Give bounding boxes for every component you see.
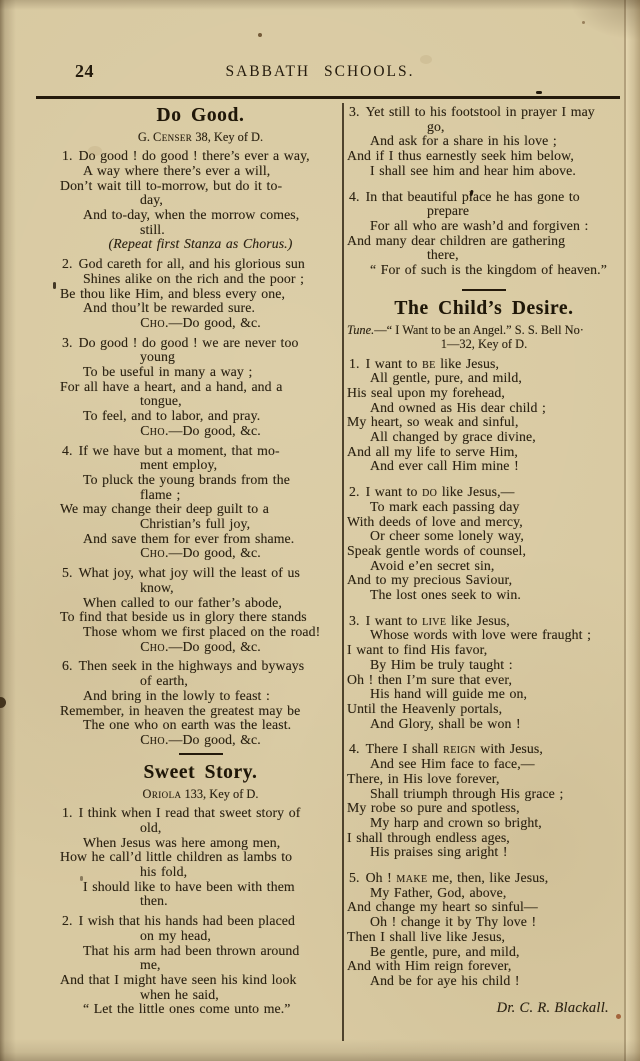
verse-line: of earth, [60,674,341,689]
chorus-line: Cho.—Do good, &c. [60,316,341,331]
verse-line: tongue, [60,394,341,409]
verse-number: 3. [349,614,360,629]
attribution-line: Dr. C. R. Blackall. [347,1000,621,1017]
verse-line: “ For of such is the kingdom of heaven.” [347,263,621,278]
verse-line: And if I thus earnestly seek him below, [347,149,621,164]
song-divider-rule [179,753,223,755]
verse-line: His seal upon my forehead, [347,386,621,401]
verse-line: 5.What joy, what joy will the least of u… [60,566,341,581]
page-number: 24 [75,61,94,82]
verse-line: ment employ, [60,458,341,473]
verse-line: I shall see him and hear him above. [347,164,621,179]
verse-line: Oh ! change it by Thy love ! [347,915,621,930]
ink-speck [582,21,585,24]
verse-line: To find that beside us in glory there st… [60,610,341,625]
verse-line: Christian’s full joy, [60,517,341,532]
verse-line: And to my precious Saviour, [347,573,621,588]
verse-line: 3.Yet still to his footstool in prayer I… [347,105,621,120]
stanza: 4.If we have but a moment, that mo-ment … [60,444,341,562]
stanza: 3.Do good ! do good ! we are never tooyo… [60,336,341,439]
song-title: Do Good. [60,105,341,127]
verse-line: For all who are wash’d and forgiven : [347,219,621,234]
verse-line: Or cheer some lonely way, [347,529,621,544]
verse-line: Speak gentle words of counsel, [347,544,621,559]
stanza: 2.I wish that his hands had been placedo… [60,914,341,1017]
verse-number: 5. [349,871,360,886]
verse-line: 2.I want to do like Jesus,— [347,485,621,500]
tune-line: G. Censer 38, Key of D. [60,130,341,144]
tune-line: Tune.—“ I Want to be an Angel.” S. S. Be… [347,323,621,337]
verse-line: The one who on earth was the least. [60,718,341,733]
verse-line: And Glory, shall be won ! [347,717,621,732]
verse-line: his fold, [60,865,341,880]
stanza: 4.There I shall reign with Jesus,And see… [347,742,621,860]
verse-line: I shall through endless ages, [347,831,621,846]
verse-line: To be useful in many a way ; [60,365,341,380]
verse-line: 4.In that beautiful place he has gone to [347,190,621,205]
verse-line: 3.I want to live like Jesus, [347,614,621,629]
left-column: Do Good.G. Censer 38, Key of D.1.Do good… [60,104,341,1022]
verse-number: 4. [349,190,360,205]
verse-line: And with Him reign forever, [347,959,621,974]
verse-line: me, [60,958,341,973]
verse-line: still. [60,223,341,238]
verse-line: go, [347,120,621,135]
verse-line: My heart, so weak and sinful, [347,415,621,430]
verse-line: With deeds of love and mercy, [347,515,621,530]
verse-line: A way where there’s ever a will, [60,164,341,179]
verse-number: 2. [62,914,73,929]
verse-line: 4.If we have but a moment, that mo- [60,444,341,459]
tune-line: Oriola 133, Key of D. [60,787,341,801]
tune-caption: G. Censer 38, Key of D. [60,130,341,144]
verse-line: All gentle, pure, and mild, [347,371,621,386]
verse-line: And to-day, when the morrow comes, [60,208,341,223]
verse-line: Remember, in heaven the greatest may be [60,704,341,719]
verse-line: His praises sing aright ! [347,845,621,860]
tune-caption: Tune.—“ I Want to be an Angel.” S. S. Be… [347,323,621,351]
ink-speck [536,91,542,94]
verse-line: There, in His love forever, [347,772,621,787]
verse-line: And see Him face to face,— [347,757,621,772]
verse-line: 1.I want to be like Jesus, [347,357,621,372]
verse-line: And save them for ever from shame. [60,532,341,547]
song-title: Sweet Story. [60,762,341,784]
verse-line: When Jesus was here among men, [60,836,341,851]
stanza: 1.Do good ! do good ! there’s ever a way… [60,149,341,252]
verse-line: And many dear children are gathering [347,234,621,249]
verse-line: 4.There I shall reign with Jesus, [347,742,621,757]
verse-line: And all my life to serve Him, [347,445,621,460]
verse-line: 1.Do good ! do good ! there’s ever a way… [60,149,341,164]
verse-number: 6. [62,659,73,674]
verse-line: Don’t wait till to-morrow, but do it to- [60,179,341,194]
running-header-title: SABBATH SCHOOLS. [225,63,414,80]
verse-line: 3.Do good ! do good ! we are never too [60,336,341,351]
verse-line: To feel, and to labor, and pray. [60,409,341,424]
verse-line: Until the Heavenly portals, [347,702,621,717]
verse-line: there, [347,248,621,263]
verse-line: All changed by grace divine, [347,430,621,445]
verse-number: 1. [349,357,360,372]
verse-number: 2. [349,485,360,500]
verse-line: That his arm had been thrown around [60,944,341,959]
header-rule [36,96,620,99]
stanza: 5.Oh ! make me, then, like Jesus,My Fath… [347,871,621,989]
verse-line: Shines alike on the rich and the poor ; [60,272,341,287]
verse-number: 4. [349,742,360,757]
verse-line: For all have a heart, and a hand, and a [60,380,341,395]
stanza: 1.I want to be like Jesus,All gentle, pu… [347,357,621,475]
stanza: 3.Yet still to his footstool in prayer I… [347,105,621,179]
verse-line: prepare [347,204,621,219]
verse-line: 1.I think when I read that sweet story o… [60,806,341,821]
stanza: 6.Then seek in the highways and bywaysof… [60,659,341,747]
verse-number: 3. [62,336,73,351]
verse-line: know, [60,581,341,596]
verse-line: And bring in the lowly to feast : [60,689,341,704]
stanza: 4.In that beautiful place he has gone to… [347,190,621,278]
verse-line: My harp and crown so bright, [347,816,621,831]
verse-line: then. [60,894,341,909]
verse-line: When called to our father’s abode, [60,596,341,611]
chorus-note-line: (Repeat first Stanza as Chorus.) [60,237,341,252]
stanza: 2.I want to do like Jesus,—To mark each … [347,485,621,603]
song-title: The Child’s Desire. [347,298,621,320]
verse-line: To pluck the young brands from the [60,473,341,488]
page-content: Do Good.G. Censer 38, Key of D.1.Do good… [0,104,640,1022]
verse-line: flame ; [60,488,341,503]
verse-line: And owned as His dear child ; [347,401,621,416]
verse-line: I want to find His favor, [347,643,621,658]
page-edge-margin [626,0,640,1061]
verse-line: And ever call Him mine ! [347,459,621,474]
chorus-line: Cho.—Do good, &c. [60,424,341,439]
verse-line: Be thou like Him, and bless every one, [60,287,341,302]
verse-line: Oh ! then I’m sure that ever, [347,673,621,688]
verse-line: My robe so pure and spotless, [347,801,621,816]
verse-line: 2.God careth for all, and his glorious s… [60,257,341,272]
verse-line: And that I might have seen his kind look [60,973,341,988]
verse-line: His hand will guide me on, [347,687,621,702]
page-header: 24 SABBATH SCHOOLS. [0,63,640,81]
ink-speck [258,33,262,37]
stanza: 3.I want to live like Jesus,Whose words … [347,614,621,732]
verse-line: 2.I wish that his hands had been placed [60,914,341,929]
verse-line: young [60,350,341,365]
chorus-line: Cho.—Do good, &c. [60,546,341,561]
stanza: 2.God careth for all, and his glorious s… [60,257,341,331]
tune-caption: Oriola 133, Key of D. [60,787,341,801]
scanned-page: 24 SABBATH SCHOOLS. Do Good.G. Censer 38… [0,0,640,1061]
verse-line: 5.Oh ! make me, then, like Jesus, [347,871,621,886]
stanza: 1.I think when I read that sweet story o… [60,806,341,909]
verse-line: And be for aye his child ! [347,974,621,989]
verse-line: Then I shall live like Jesus, [347,930,621,945]
chorus-line: Cho.—Do good, &c. [60,733,341,748]
verse-number: 1. [62,149,73,164]
verse-line: 6.Then seek in the highways and byways [60,659,341,674]
chorus-line: Cho.—Do good, &c. [60,640,341,655]
verse-line: The lost ones seek to win. [347,588,621,603]
verse-line: old, [60,821,341,836]
verse-line: We may change their deep guilt to a [60,502,341,517]
verse-line: By Him be truly taught : [347,658,621,673]
verse-line: How he call’d little children as lambs t… [60,850,341,865]
stanza: 5.What joy, what joy will the least of u… [60,566,341,654]
verse-line: day, [60,193,341,208]
verse-number: 2. [62,257,73,272]
verse-line: To mark each passing day [347,500,621,515]
verse-line: My Father, God, above, [347,886,621,901]
tune-line: 1—32, Key of D. [347,337,621,351]
verse-line: “ Let the little ones come unto me.” [60,1002,341,1017]
verse-line: on my head, [60,929,341,944]
song-divider-rule [462,289,506,291]
verse-line: Shall triumph through His grace ; [347,787,621,802]
verse-line: I should like to have been with them [60,880,341,895]
verse-line: Those whom we first placed on the road! [60,625,341,640]
right-column: 3.Yet still to his footstool in prayer I… [347,104,621,1017]
verse-number: 1. [62,806,73,821]
verse-line: Avoid e’en secret sin, [347,559,621,574]
verse-line: And thou’lt be rewarded sure. [60,301,341,316]
verse-line: And ask for a share in his love ; [347,134,621,149]
verse-number: 4. [62,444,73,459]
verse-number: 3. [349,105,360,120]
verse-line: And change my heart so sinful— [347,900,621,915]
verse-line: Whose words with love were fraught ; [347,628,621,643]
verse-number: 5. [62,566,73,581]
verse-line: Be gentle, pure, and mild, [347,945,621,960]
verse-line: when he said, [60,988,341,1003]
